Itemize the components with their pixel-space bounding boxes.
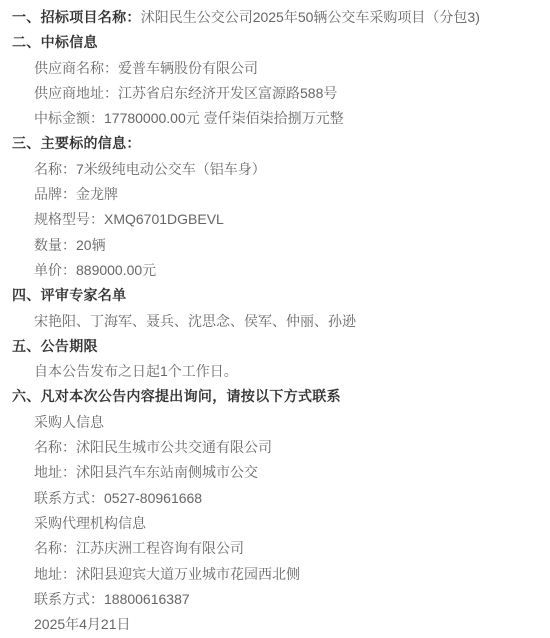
award-amount-line: 中标金额：17780000.00元 壹仟柒佰柒拾捌万元整 — [0, 106, 550, 131]
agency-info-header-line: 采购代理机构信息 — [0, 511, 550, 536]
supplier-name-label: 供应商名称： — [34, 60, 118, 76]
expert-list-line: 宋艳阳、丁海军、聂兵、沈思念、侯军、仲丽、孙逊 — [0, 309, 550, 334]
tender-project-name-label: 一、招标项目名称： — [12, 9, 141, 25]
model-line: 规格型号：XMQ6701DGBEVL — [0, 207, 550, 232]
agency-address-line: 地址：沭阳县迎宾大道万业城市花园西北侧 — [0, 562, 550, 587]
subject-name-label: 名称： — [34, 161, 76, 177]
purchaser-contact-value: 0527-80961668 — [104, 490, 202, 506]
award-amount-value: 17780000.00元 壹仟柒佰柒拾捌万元整 — [104, 110, 344, 126]
brand-value: 金龙牌 — [76, 186, 118, 202]
expert-list-heading: 四、评审专家名单 — [0, 283, 550, 308]
purchaser-info-header-line: 采购人信息 — [0, 410, 550, 435]
purchaser-info-header: 采购人信息 — [34, 414, 104, 430]
agency-contact-line: 联系方式：18800616387 — [0, 587, 550, 612]
expert-list-names: 宋艳阳、丁海军、聂兵、沈思念、侯军、仲丽、孙逊 — [34, 313, 356, 329]
unit-price-value: 889000.00元 — [76, 262, 156, 278]
agency-name-value: 江苏庆洲工程咨询有限公司 — [76, 540, 244, 556]
subject-name-line: 名称：7米级纯电动公交车（铝车身） — [0, 157, 550, 182]
agency-address-value: 沭阳县迎宾大道万业城市花园西北侧 — [76, 566, 300, 582]
announcement-period-text: 自本公告发布之日起1个工作日。 — [34, 363, 238, 379]
supplier-address-label: 供应商地址： — [34, 85, 118, 101]
purchaser-contact-label: 联系方式： — [34, 490, 104, 506]
unit-price-label: 单价： — [34, 262, 76, 278]
purchaser-address-line: 地址：沭阳县汽车东站南侧城市公交 — [0, 460, 550, 485]
purchaser-address-value: 沭阳县汽车东站南侧城市公交 — [76, 464, 258, 480]
supplier-name-line: 供应商名称：爱普车辆股份有限公司 — [0, 56, 550, 81]
subject-info-heading: 三、主要标的信息： — [0, 131, 550, 156]
quantity-line: 数量：20辆 — [0, 233, 550, 258]
quantity-value: 20辆 — [76, 237, 106, 253]
announcement-period-line: 自本公告发布之日起1个工作日。 — [0, 359, 550, 384]
supplier-address-line: 供应商地址：江苏省启东经济开发区富源路588号 — [0, 81, 550, 106]
agency-info-header: 采购代理机构信息 — [34, 515, 146, 531]
agency-name-label: 名称： — [34, 540, 76, 556]
purchaser-name-value: 沭阳民生城市公共交通有限公司 — [76, 439, 272, 455]
agency-name-line: 名称：江苏庆洲工程咨询有限公司 — [0, 536, 550, 561]
model-label: 规格型号： — [34, 211, 104, 227]
award-amount-label: 中标金额： — [34, 110, 104, 126]
model-value: XMQ6701DGBEVL — [104, 211, 224, 227]
agency-contact-label: 联系方式： — [34, 591, 104, 607]
purchaser-contact-line: 联系方式：0527-80961668 — [0, 486, 550, 511]
brand-label: 品牌： — [34, 186, 76, 202]
quantity-label: 数量： — [34, 237, 76, 253]
tender-project-name-line: 一、招标项目名称：沭阳民生公交公司2025年50辆公交车采购项目（分包3) — [0, 5, 550, 30]
announcement-period-heading: 五、公告期限 — [0, 334, 550, 359]
supplier-address-value: 江苏省启东经济开发区富源路588号 — [118, 85, 337, 101]
announcement-date: 2025年4月21日 — [34, 616, 131, 632]
agency-address-label: 地址： — [34, 566, 76, 582]
tender-project-name-value: 沭阳民生公交公司2025年50辆公交车采购项目（分包3) — [141, 9, 480, 25]
purchaser-name-line: 名称：沭阳民生城市公共交通有限公司 — [0, 435, 550, 460]
purchaser-name-label: 名称： — [34, 439, 76, 455]
contact-section-heading: 六、凡对本次公告内容提出询问，请按以下方式联系 — [0, 384, 550, 409]
award-info-heading: 二、中标信息 — [0, 30, 550, 55]
brand-line: 品牌：金龙牌 — [0, 182, 550, 207]
subject-name-value: 7米级纯电动公交车（铝车身） — [76, 161, 266, 177]
announcement-document: 一、招标项目名称：沭阳民生公交公司2025年50辆公交车采购项目（分包3) 二、… — [0, 0, 550, 638]
supplier-name-value: 爱普车辆股份有限公司 — [118, 60, 258, 76]
agency-contact-value: 18800616387 — [104, 591, 190, 607]
unit-price-line: 单价：889000.00元 — [0, 258, 550, 283]
purchaser-address-label: 地址： — [34, 464, 76, 480]
announcement-date-line: 2025年4月21日 — [0, 612, 550, 637]
